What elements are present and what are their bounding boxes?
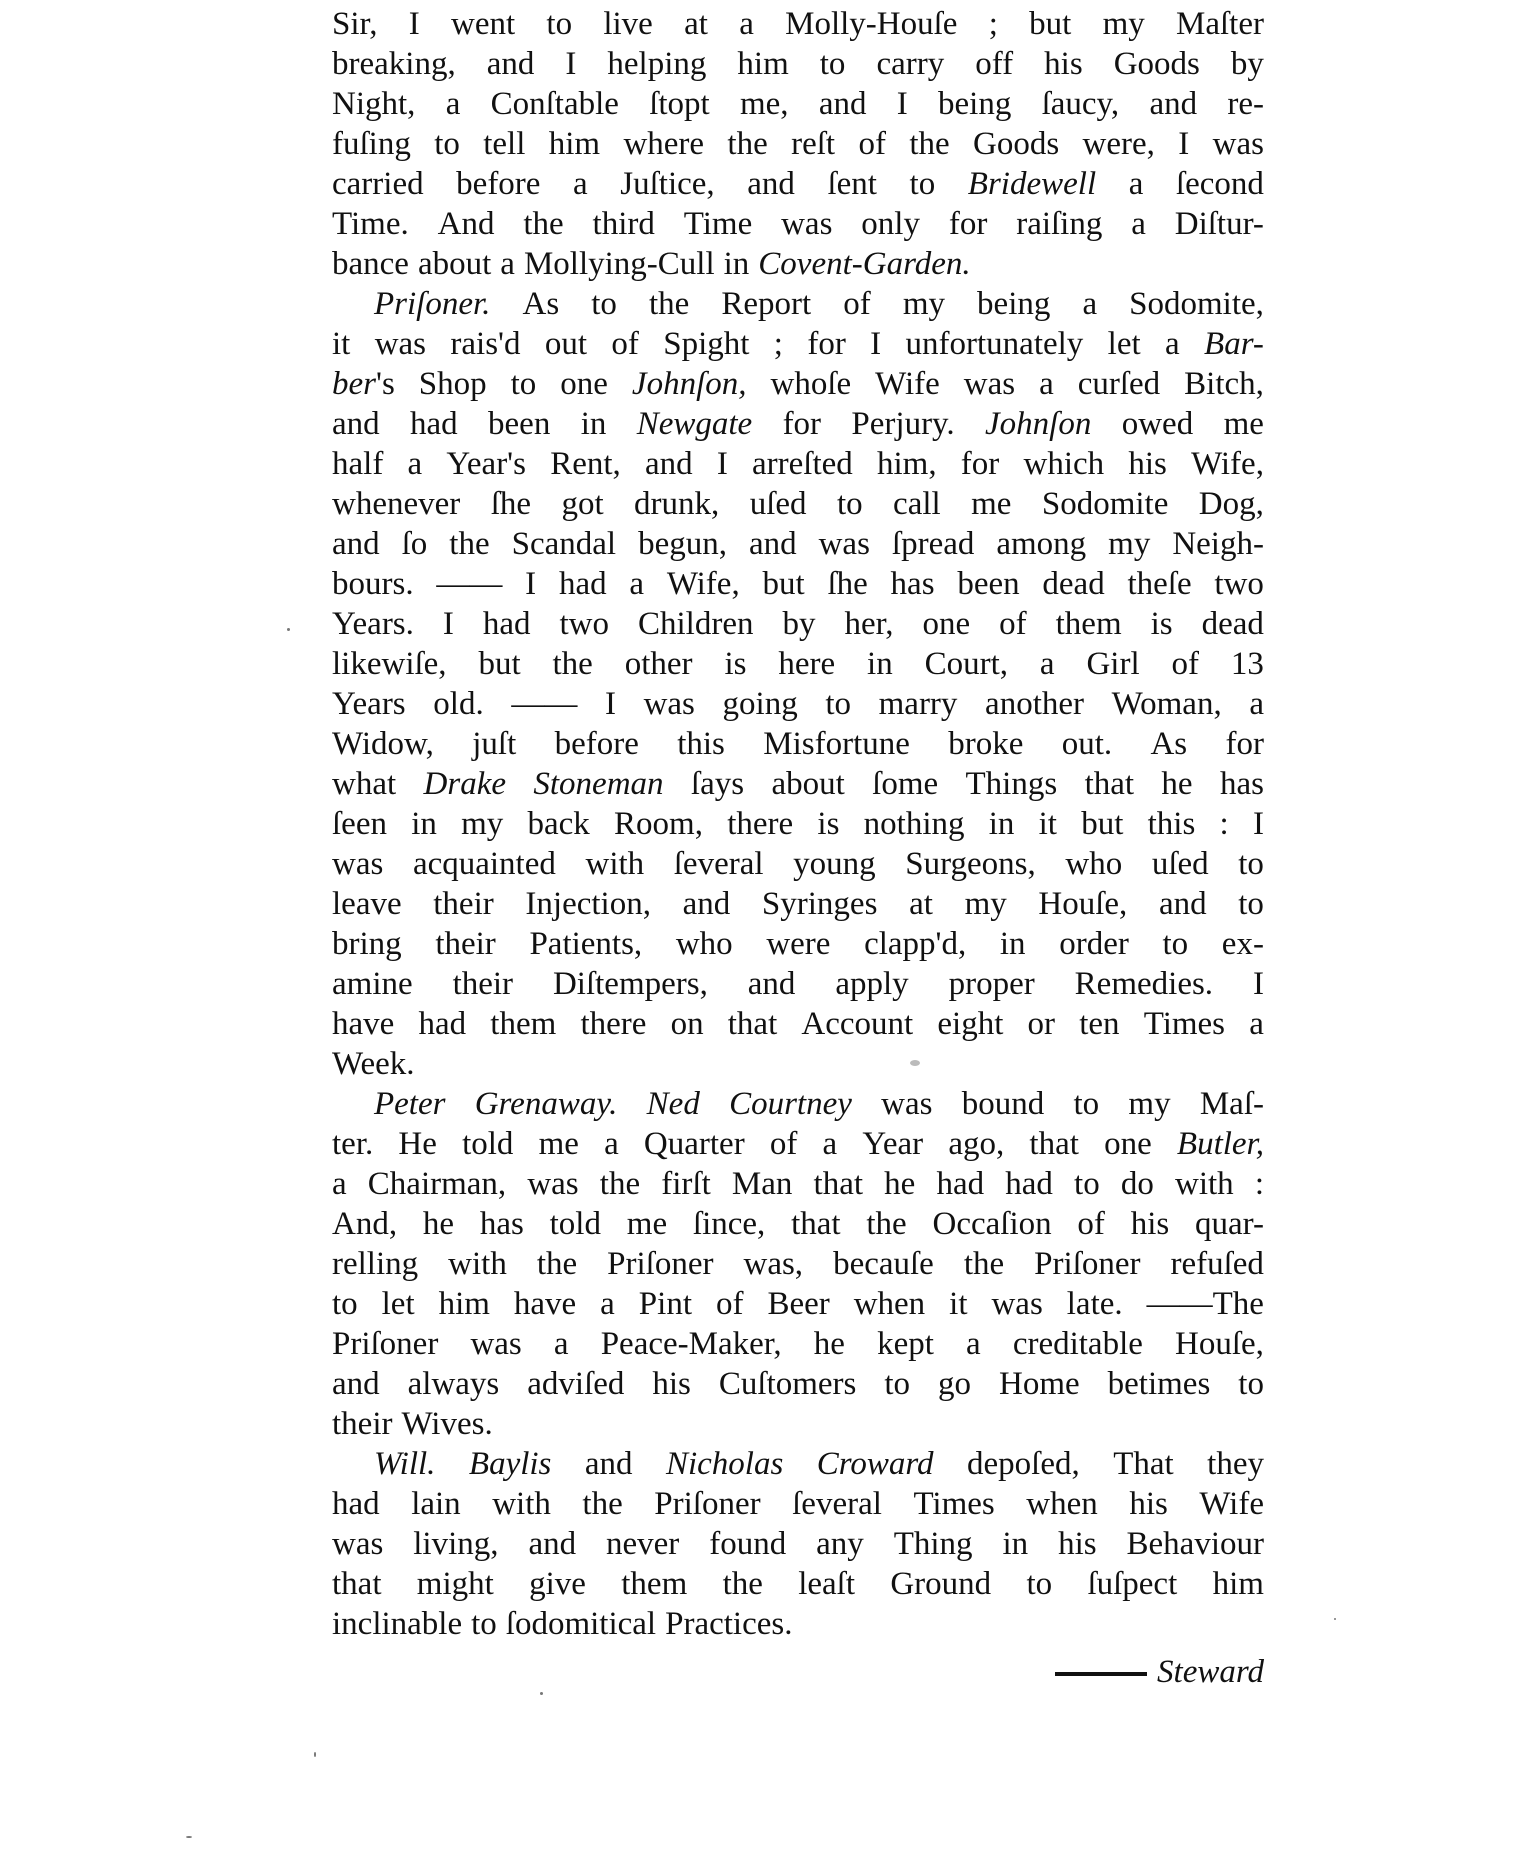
word: were, [1083, 124, 1155, 164]
word: Children [638, 604, 753, 644]
word: Ned [647, 1084, 700, 1124]
word: to [820, 44, 846, 84]
word: And [438, 204, 495, 244]
word: with [1175, 1164, 1234, 1204]
word: I [605, 684, 616, 724]
word: was [781, 204, 832, 244]
word: Wife, [1191, 444, 1264, 484]
word: arreſted [752, 444, 853, 484]
word: for [1225, 724, 1263, 764]
word: was [819, 524, 870, 564]
word: Girl [1086, 644, 1139, 684]
scan-speck [186, 1836, 192, 1838]
word: whoſe [770, 364, 851, 404]
word: Quarter [644, 1124, 745, 1164]
word: ten [1079, 1004, 1119, 1044]
word: told [550, 1204, 601, 1244]
word: the [553, 644, 593, 684]
word: ſecond [1176, 164, 1264, 204]
word: ter. [332, 1124, 373, 1164]
word: to [591, 284, 617, 324]
text-line: fuſingtotellhimwherethereſtoftheGoodswer… [332, 124, 1264, 164]
text-line: aminetheirDiſtempers,andapplyproperRemed… [332, 964, 1264, 1004]
word: have [332, 1004, 394, 1044]
word: and [683, 884, 731, 924]
word: old. [433, 684, 483, 724]
word: uſed [1152, 844, 1209, 884]
word: juſt [472, 724, 516, 764]
word: eight [937, 1004, 1003, 1044]
word: carry [876, 44, 944, 84]
word: in [1000, 924, 1026, 964]
word: and [748, 964, 796, 1004]
word: Rent, [550, 444, 621, 484]
word: a [604, 1124, 619, 1164]
word: to [1238, 844, 1264, 884]
word: has [1220, 764, 1264, 804]
word: my [965, 884, 1007, 924]
word: told [462, 1124, 513, 1164]
text-line: Night,aConſtableſtoptme,andIbeingſaucy,a… [332, 84, 1264, 124]
word: depoſed, [967, 1444, 1080, 1484]
word: where [623, 124, 704, 164]
catchword-dash [1055, 1672, 1147, 1676]
word: was [332, 1524, 383, 1564]
word: and [487, 44, 535, 84]
word: ago, [948, 1124, 1004, 1164]
word: let [1108, 324, 1141, 364]
word: to [546, 4, 572, 44]
word: had [483, 604, 531, 644]
word: Maſter [1176, 4, 1264, 44]
word: a [408, 444, 423, 484]
word: that [1029, 1124, 1078, 1164]
word: but [1029, 4, 1071, 44]
word: his [1131, 1204, 1170, 1244]
word: I [1178, 124, 1189, 164]
word: two [560, 604, 610, 644]
word: about [418, 244, 491, 284]
scan-speck [287, 628, 290, 631]
word: in [867, 644, 893, 684]
word: when [1026, 1484, 1097, 1524]
word: with [492, 1484, 551, 1524]
word: refuſed [1170, 1244, 1263, 1284]
word: a [332, 1164, 347, 1204]
word: been [488, 404, 550, 444]
word: a [1131, 204, 1146, 244]
word: apply [835, 964, 908, 1004]
word: he [1161, 764, 1192, 804]
word: Thing [894, 1524, 973, 1564]
word: Covent-Garden. [758, 244, 970, 284]
word: of [770, 1124, 798, 1164]
word: Time [684, 204, 752, 244]
word: of [999, 604, 1027, 644]
word: I [565, 44, 576, 84]
word: my [1128, 1084, 1170, 1124]
word: his [1044, 44, 1083, 84]
word: bound [962, 1084, 1045, 1124]
word: but [1081, 804, 1123, 844]
word: As [1150, 724, 1187, 764]
text-line: leavetheirInjection,andSyringesatmyHouſe… [332, 884, 1264, 924]
word: that [814, 1164, 863, 1204]
word: this [1148, 804, 1196, 844]
word: and [819, 84, 867, 124]
word: Dog, [1199, 484, 1264, 524]
word: ſuſpect [1087, 1564, 1177, 1604]
word: found [709, 1524, 786, 1564]
word: there [727, 804, 793, 844]
word: Priſoner [607, 1244, 713, 1284]
word: Stoneman [533, 764, 663, 804]
word: Widow, [332, 724, 434, 764]
word: 13 [1231, 644, 1264, 684]
word: go [938, 1364, 971, 1404]
catchword: Steward [1020, 1652, 1264, 1692]
word: one [1104, 1124, 1152, 1164]
word: with [585, 844, 644, 884]
word: might [417, 1564, 494, 1604]
word: owed [1122, 404, 1193, 444]
word: another [985, 684, 1084, 724]
word: Home [999, 1364, 1080, 1404]
word: Perjury. [851, 404, 954, 444]
word: ſodomitical [506, 1604, 656, 1644]
word: me [1224, 404, 1264, 444]
word: ——The [1147, 1284, 1264, 1324]
word: and [332, 404, 380, 444]
word: and [1149, 84, 1197, 124]
word: to [1073, 1084, 1099, 1124]
word: whenever [332, 484, 460, 524]
word: ſo [402, 524, 428, 564]
word: Remedies. [1075, 964, 1213, 1004]
text-line: tolethimhaveaPintofBeerwhenitwaslate.——T… [332, 1284, 1264, 1324]
word: a [600, 1284, 615, 1324]
word: breaking, [332, 44, 456, 84]
word: Butler, [1177, 1124, 1264, 1164]
word: for [783, 404, 821, 444]
word: amine [332, 964, 413, 1004]
word: ex- [1222, 924, 1264, 964]
text-line: andhadbeeninNewgateforPerjury.Johnſonowe… [332, 404, 1264, 444]
word: had [1005, 1164, 1053, 1204]
word: to [825, 684, 851, 724]
scan-speck [314, 1752, 316, 1757]
word: I [443, 604, 454, 644]
word: betimes [1108, 1364, 1211, 1404]
word: them [1056, 604, 1122, 644]
word: had [559, 564, 607, 604]
word: Juſtice, [620, 164, 714, 204]
word: of [611, 324, 639, 364]
word: Year's [446, 444, 526, 484]
word: let [382, 1284, 415, 1324]
word: was [332, 844, 383, 884]
word: is [724, 644, 746, 684]
word: relling [332, 1244, 418, 1284]
word: Grenaway. [475, 1084, 618, 1124]
text-line: aChairman,wasthefirſtManthathehadhadtodo… [332, 1164, 1264, 1204]
word: Years. [332, 604, 414, 644]
word: Sir, [332, 4, 377, 44]
word: Behaviour [1127, 1524, 1264, 1564]
word: Molly-Houſe [785, 4, 957, 44]
word: Misfortune [763, 724, 910, 764]
word: my [461, 804, 503, 844]
word: he [884, 1164, 915, 1204]
word: Spight [663, 324, 749, 364]
word: a [1082, 284, 1097, 324]
word: was [991, 1284, 1042, 1324]
word: their [453, 964, 513, 1004]
word: my [903, 284, 945, 324]
word: him, [877, 444, 937, 484]
text-line: likewiſe,buttheotherishereinCourt,aGirlo… [332, 644, 1264, 684]
word: Wife, [667, 564, 740, 604]
word: him [439, 1284, 490, 1324]
word: unfortunately [906, 324, 1084, 364]
word: when [854, 1284, 925, 1324]
text-line: ber'sShoptooneJohnſon,whoſeWifewasacurſe… [332, 364, 1264, 404]
word: is [817, 804, 839, 844]
word: Syringes [762, 884, 878, 924]
word: in [411, 804, 437, 844]
word: He [398, 1124, 436, 1164]
word: me [627, 1204, 667, 1244]
text-line: PriſonerwasaPeace-Maker,hekeptacreditabl… [332, 1324, 1264, 1364]
word: nothing [864, 804, 965, 844]
word: two [1214, 564, 1264, 604]
word: only [861, 204, 920, 244]
word: And, [332, 1204, 397, 1244]
word: a [1249, 684, 1264, 724]
word: Croward [817, 1444, 934, 1484]
word: his [652, 1364, 691, 1404]
word: ; [989, 4, 998, 44]
word: other [625, 644, 693, 684]
word: in [581, 404, 607, 444]
word: me, [740, 84, 789, 124]
word: to [471, 1604, 497, 1644]
word: living, [413, 1524, 498, 1564]
word: was [881, 1084, 932, 1124]
word: Years [332, 684, 406, 724]
word: Diſtur- [1175, 204, 1264, 244]
scanned-page: Sir,IwenttoliveataMolly-Houſe;butmyMaſte… [0, 0, 1536, 1857]
word: ſeen [332, 804, 387, 844]
word: his [1058, 1524, 1097, 1564]
word: a [1249, 1004, 1264, 1044]
word: one [560, 364, 608, 404]
word: Time. [332, 204, 409, 244]
word: this [677, 724, 725, 764]
text-line: banceaboutaMollying-CullinCovent-Garden. [332, 244, 1264, 284]
word: me [539, 1124, 579, 1164]
word: Room, [614, 804, 703, 844]
text-line: Widow,juſtbeforethisMisfortunebrokeout.A… [332, 724, 1264, 764]
word: Bar- [1204, 324, 1264, 364]
word: and [747, 164, 795, 204]
word: there [580, 1004, 646, 1044]
word: a [1129, 164, 1144, 204]
word: I [717, 444, 728, 484]
word: ſeveral [674, 844, 764, 884]
text-line: bringtheirPatients,whowereclapp'd,inorde… [332, 924, 1264, 964]
word: him [737, 44, 788, 84]
word: his [1129, 1484, 1168, 1524]
word: order [1059, 924, 1129, 964]
word: to [434, 124, 460, 164]
word: Wife [1199, 1484, 1264, 1524]
word: Surgeons, [905, 844, 1036, 884]
word: and [585, 1444, 633, 1484]
word: were [766, 924, 830, 964]
word: among [996, 524, 1086, 564]
word: about [771, 764, 844, 804]
word: leave [332, 884, 402, 924]
word: Mollying-Cull [524, 244, 715, 284]
text-line: wasacquaintedwithſeveralyoungSurgeons,wh… [332, 844, 1264, 884]
word: had [332, 1484, 380, 1524]
word: out. [1062, 724, 1112, 764]
word: a [823, 1124, 838, 1164]
word: ſome [872, 764, 938, 804]
word: give [529, 1564, 586, 1604]
word: dead [1202, 604, 1264, 644]
word: was [964, 364, 1015, 404]
word: young [793, 844, 876, 884]
word: creditable [1013, 1324, 1143, 1364]
text-line: wasliving,andneverfoundanyThinginhisBeha… [332, 1524, 1264, 1564]
word: a [446, 84, 461, 124]
word: drunk, [634, 484, 719, 524]
word: Ground [890, 1564, 991, 1604]
text-line: rellingwiththePriſonerwas,becauſethePriſ… [332, 1244, 1264, 1284]
word: As [522, 284, 559, 324]
word: the [537, 1244, 577, 1284]
word: Report [721, 284, 811, 324]
word: I [525, 564, 536, 604]
word: a [739, 4, 754, 44]
word: proper [949, 964, 1035, 1004]
word: was [470, 1324, 521, 1364]
word: a [1165, 324, 1180, 364]
word: reſt [791, 124, 835, 164]
word: bring [332, 924, 402, 964]
word: Goods [1114, 44, 1200, 84]
word: that [791, 1204, 840, 1244]
text-line: Priſoner.AstotheReportofmybeingaSodomite… [332, 284, 1264, 324]
word: live [603, 4, 652, 44]
word: Peter [374, 1084, 445, 1124]
word: to [1238, 884, 1264, 924]
word: Wife [875, 364, 940, 404]
word: him [1213, 1564, 1264, 1604]
word: the [909, 124, 949, 164]
word: third [593, 204, 655, 244]
word: the [649, 284, 689, 324]
word: in [989, 804, 1015, 844]
text-line: havehadthemthereonthatAccounteightortenT… [332, 1004, 1264, 1044]
word: it [949, 1284, 967, 1324]
word: a [1040, 644, 1055, 684]
text-line: And,hehastoldmeſince,thattheOccaſionofhi… [332, 1204, 1264, 1244]
word: of [1077, 1204, 1105, 1244]
word: me [971, 484, 1011, 524]
word: Wives. [401, 1404, 492, 1444]
word: Goods [973, 124, 1059, 164]
word: call [893, 484, 941, 524]
word: my [1108, 524, 1150, 564]
text-line: Yearsold.——IwasgoingtomarryanotherWoman,… [332, 684, 1264, 724]
word: them [621, 1564, 687, 1604]
word: Account [801, 1004, 913, 1044]
word: back [528, 804, 590, 844]
word: Johnſon [985, 404, 1091, 444]
word: was [375, 324, 426, 364]
word: Bitch, [1184, 364, 1264, 404]
word: Night, [332, 84, 415, 124]
word: Woman, [1112, 684, 1222, 724]
text-line: andſotheScandalbegun,andwasſpreadamongmy… [332, 524, 1264, 564]
word: becauſe [833, 1244, 934, 1284]
word: Scandal [512, 524, 616, 564]
word: Times [913, 1484, 994, 1524]
word: a [1039, 364, 1054, 404]
word: to [332, 1284, 358, 1324]
word: a [629, 564, 644, 604]
word: ſent [827, 164, 876, 204]
word: Practices. [665, 1604, 792, 1644]
word: Times [1144, 1004, 1225, 1044]
word: carried [332, 164, 424, 204]
word: at [684, 4, 708, 44]
word: lain [411, 1484, 460, 1524]
word: I [870, 324, 881, 364]
word: ſeveral [792, 1484, 882, 1524]
word: Courtney [729, 1084, 852, 1124]
scan-speck [540, 1692, 543, 1695]
word: : [1220, 804, 1229, 844]
word: on [671, 1004, 704, 1044]
text-line: thatmightgivethemtheleaſtGroundtoſuſpect… [332, 1564, 1264, 1604]
word: to [1074, 1164, 1100, 1204]
scan-speck [1334, 1618, 1336, 1620]
word: he [814, 1324, 845, 1364]
word: been [957, 564, 1019, 604]
text-line: carriedbeforeaJuſtice,andſenttoBridewell… [332, 164, 1264, 204]
word: the [727, 124, 767, 164]
word: : [1255, 1164, 1264, 1204]
word: a [573, 164, 588, 204]
word: firſt [661, 1164, 710, 1204]
word: bours. [332, 564, 414, 604]
word: was [1213, 124, 1264, 164]
word: had [936, 1164, 984, 1204]
word: uſed [750, 484, 807, 524]
word: before [555, 724, 639, 764]
word: broke [948, 724, 1023, 764]
text-line: theirWives. [332, 1404, 1264, 1444]
word: was, [743, 1244, 803, 1284]
word: Things [966, 764, 1058, 804]
word: it [332, 324, 350, 364]
word: of [1172, 644, 1200, 684]
word: re- [1227, 84, 1264, 124]
